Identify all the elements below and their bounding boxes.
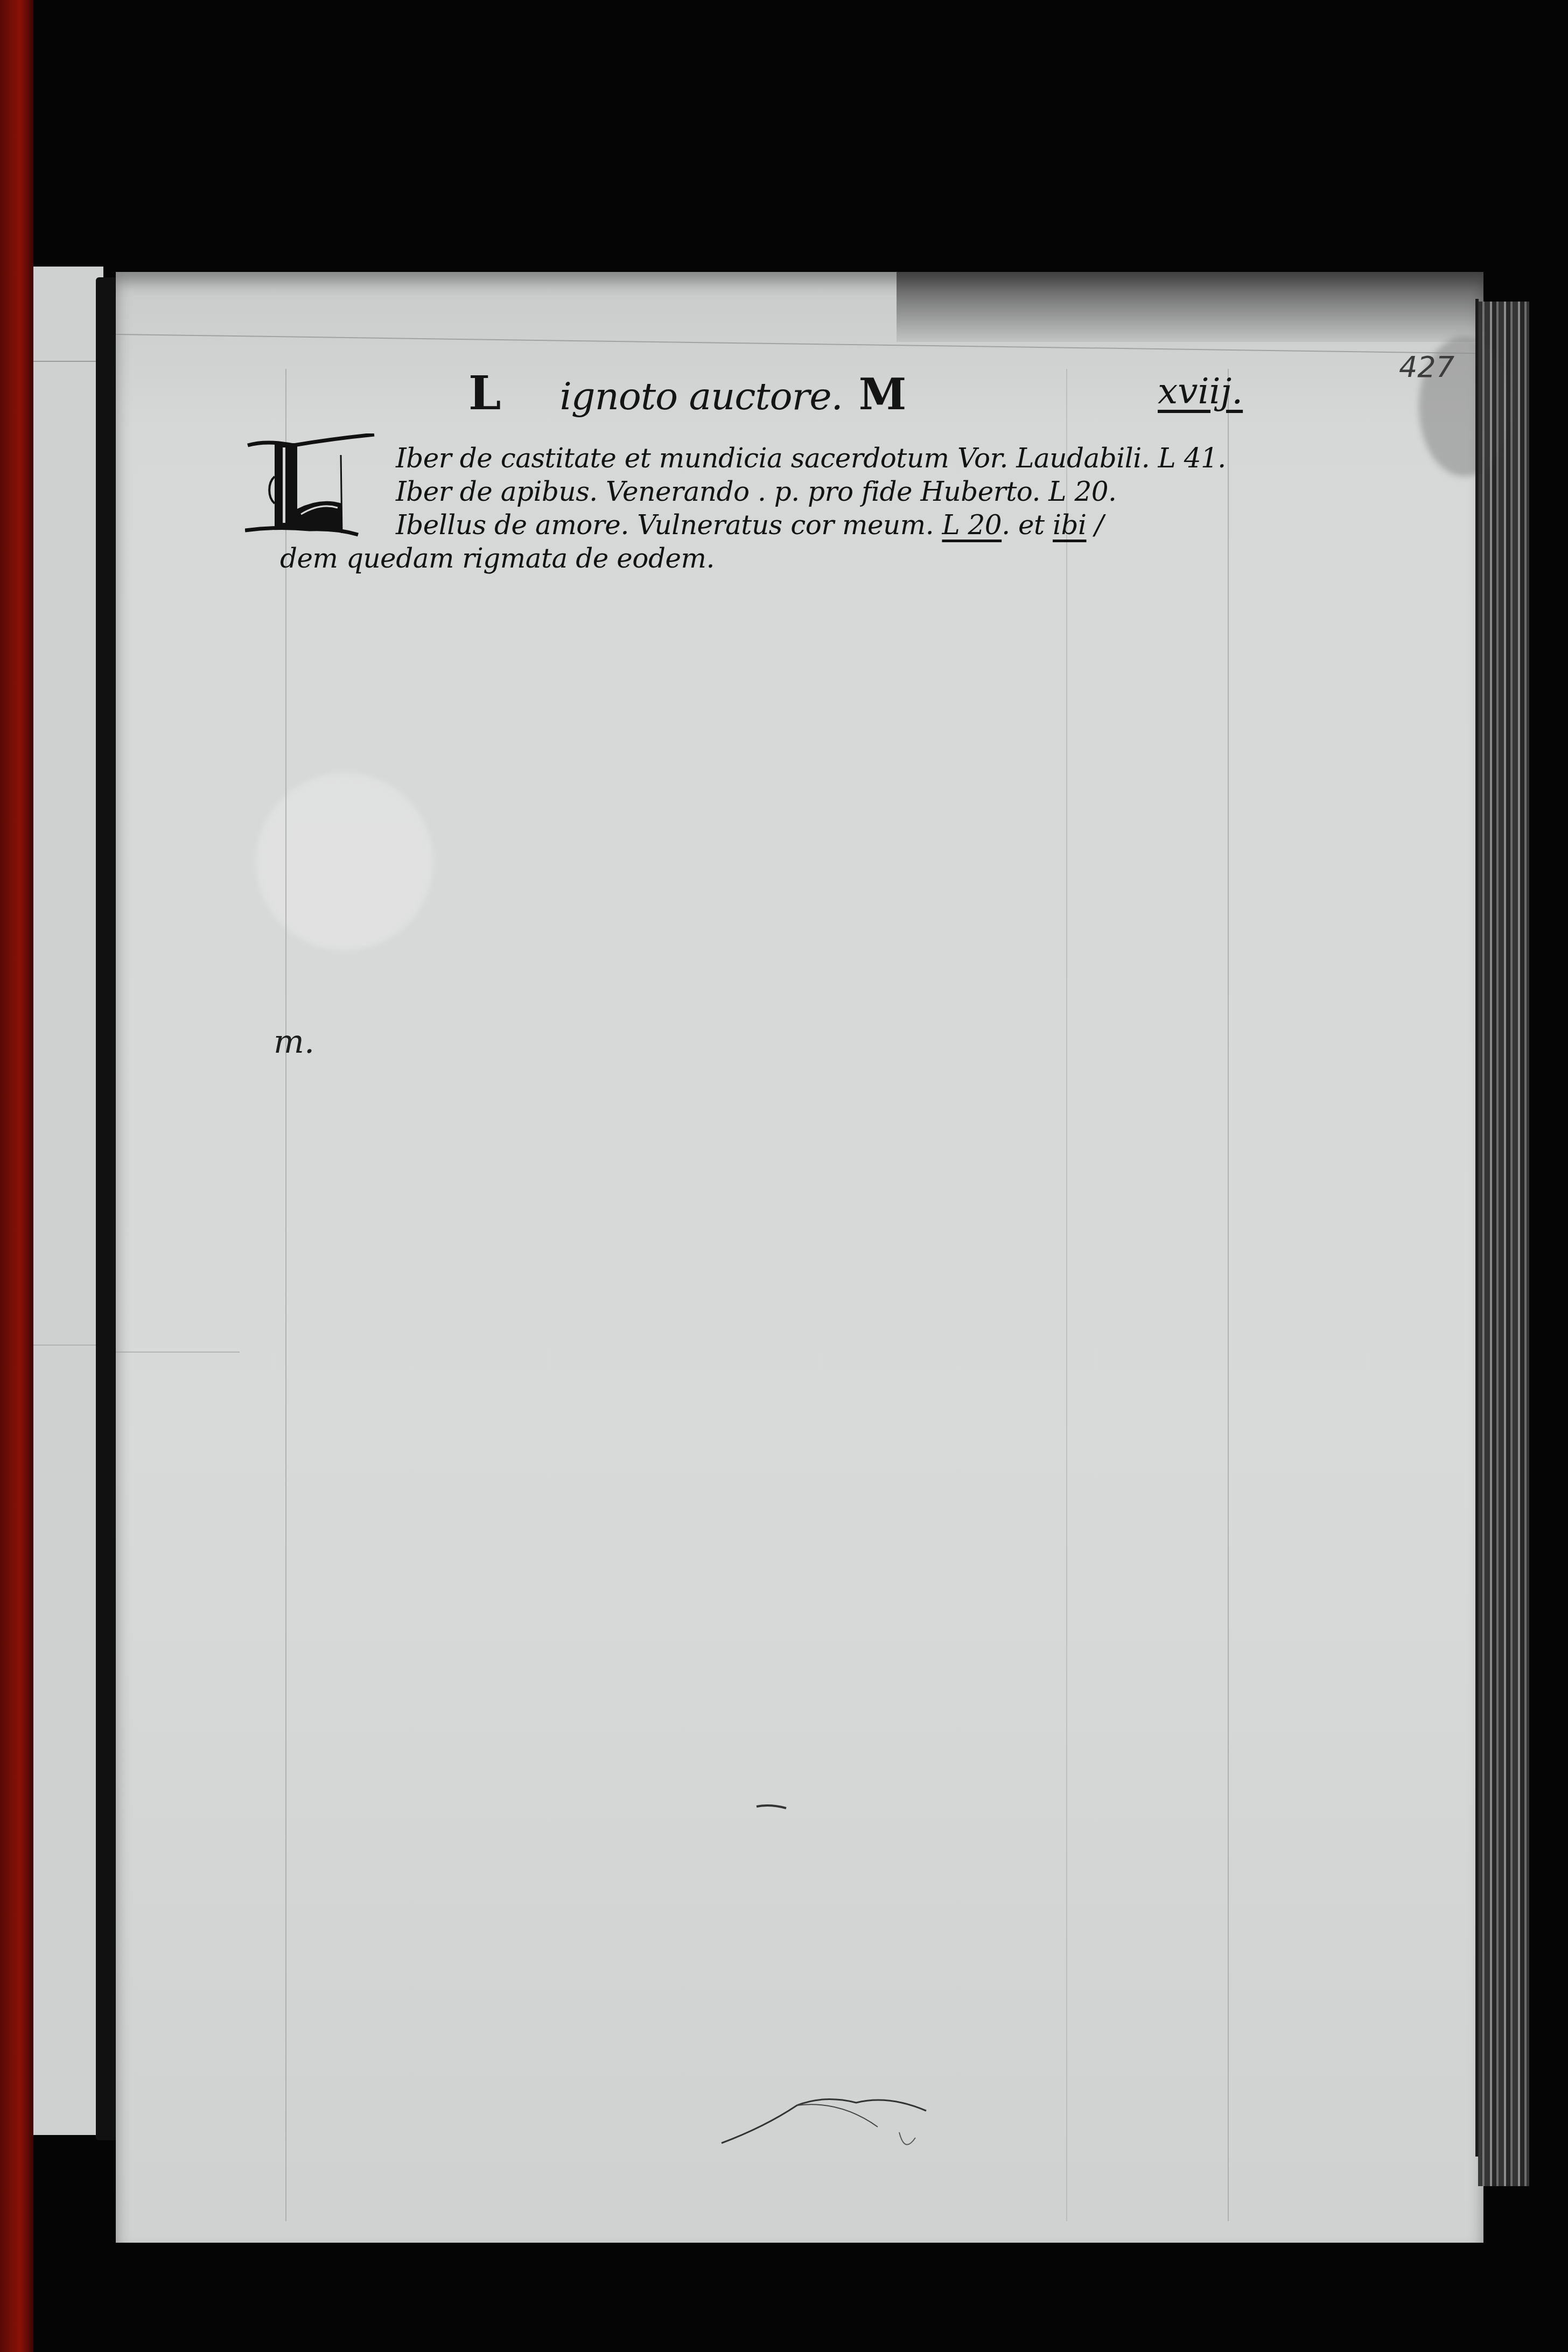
water-stain-top — [897, 272, 1483, 342]
line-end-mark: / — [1087, 509, 1104, 541]
ruling-line — [33, 1345, 103, 1346]
ruling-line-right — [1228, 369, 1229, 2221]
ruling-line — [33, 361, 103, 362]
folio-number: 427 — [1399, 350, 1454, 384]
heading-text: ignoto auctore. — [559, 374, 842, 418]
entry-text: Ibellus de amore. Vulneratus cor meum. — [396, 509, 942, 541]
facing-page-edge — [33, 267, 103, 2135]
entries-list: Iber de castitate et mundicia sacerdotum… — [396, 442, 1226, 575]
gutter — [96, 277, 117, 2140]
ruling-line-mid — [1066, 369, 1067, 2221]
entry-text: . et — [1002, 509, 1053, 541]
binding-edge-red — [0, 0, 33, 2352]
entry-reference: L 20 — [942, 509, 1002, 541]
stacked-page-edges — [1478, 302, 1529, 2186]
faded-area — [256, 773, 433, 950]
page-heading: Lignoto auctore.M — [468, 366, 906, 421]
ruling-tick — [116, 1352, 240, 1353]
entry-line: Iber de castitate et mundicia sacerdotum… — [396, 442, 1226, 475]
entry-line-continuation: dem quedam rigmata de eodem. — [280, 542, 1110, 575]
section-number: xviij. — [1158, 370, 1243, 412]
marginal-note: m. — [274, 1023, 314, 1061]
decorated-initial-l-icon — [245, 433, 401, 538]
ink-speck-icon — [754, 1798, 792, 1815]
fiber-debris-icon — [716, 2073, 932, 2159]
ruling-line-left — [285, 369, 286, 2221]
entry-line: Ibellus de amore. Vulneratus cor meum. L… — [396, 508, 1226, 542]
paraph-mark: M — [859, 369, 906, 419]
heading-initial: L — [468, 366, 500, 421]
entry-line: Iber de apibus. Venerando . p. pro fide … — [396, 475, 1226, 508]
entry-text: ibi — [1053, 509, 1087, 541]
